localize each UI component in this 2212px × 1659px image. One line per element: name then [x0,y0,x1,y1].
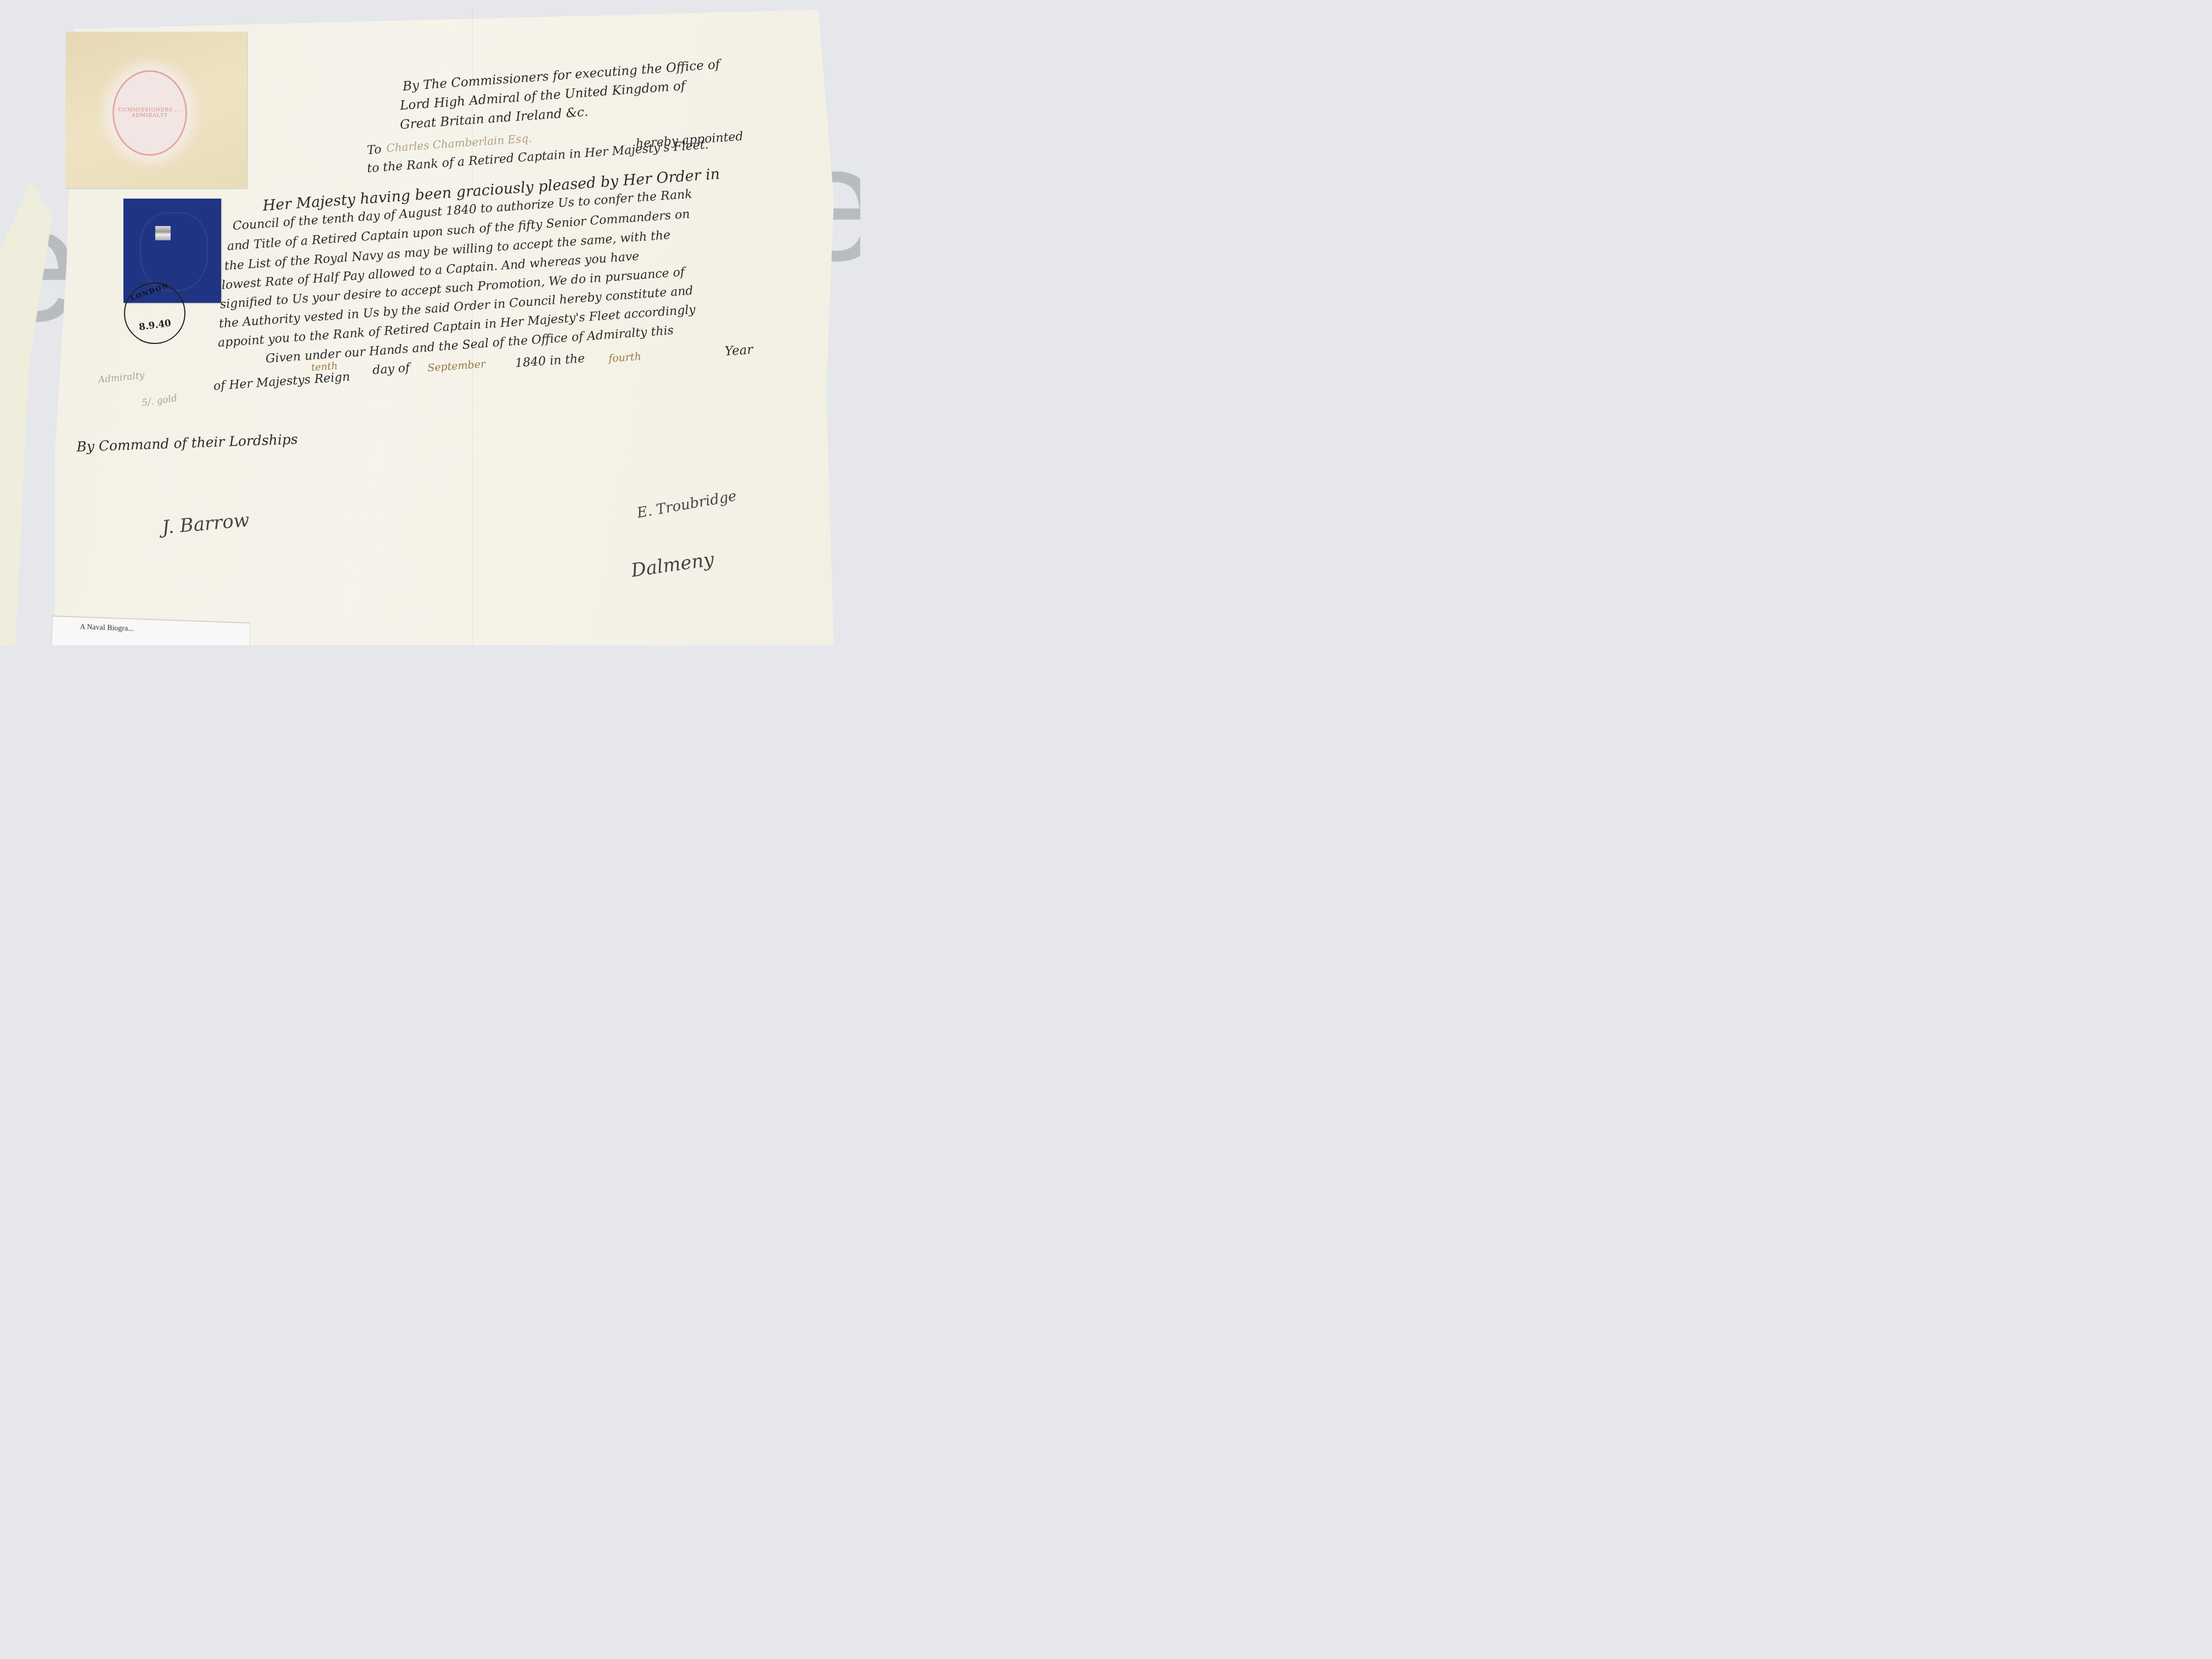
label-card-text: A Naval Biogra... [80,623,134,633]
silver-foil-icon [155,226,171,240]
date-regnal-year: fourth [608,351,641,365]
address-prefix: To [366,143,382,157]
london-postmark: LONDON 8.9.40 [124,283,185,344]
red-seal-legend: COMMISSIONERS ... ADMIRALTY [114,72,185,154]
date-day-of: day of [372,361,410,377]
underlying-sheet [0,181,52,645]
crown-emboss-icon [140,212,208,291]
red-seal-wafer-paper: COMMISSIONERS ... ADMIRALTY [66,32,247,188]
postmark-date: 8.9.40 [138,318,172,333]
red-wax-seal-icon: COMMISSIONERS ... ADMIRALTY [112,70,187,156]
date-year-word: Year [724,342,753,359]
